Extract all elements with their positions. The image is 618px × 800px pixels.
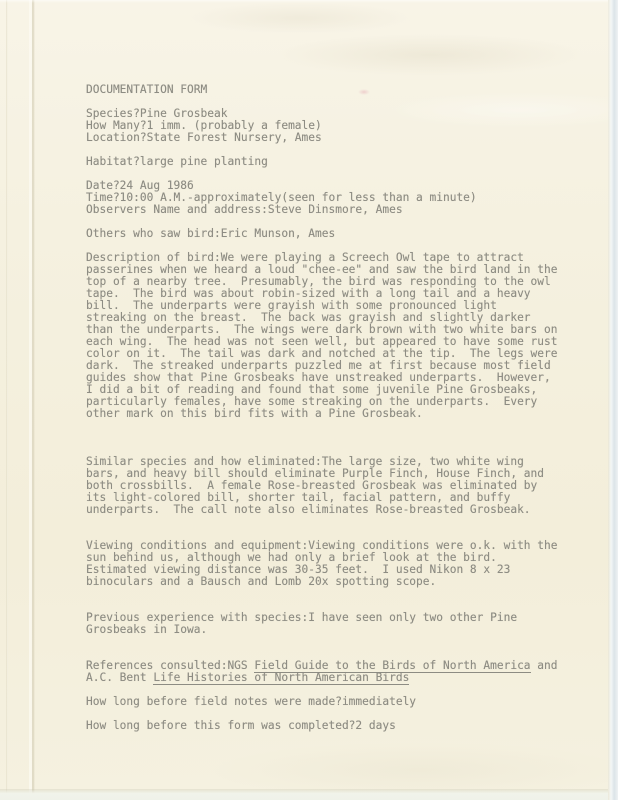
- typed-line: binoculars and a Bausch and Lomb 20x spo…: [86, 576, 558, 588]
- typed-line: Grosbeaks in Iowa.: [86, 624, 558, 636]
- typed-line: other mark on this bird fits with a Pine…: [86, 408, 558, 420]
- typed-line: Observers Name and address:Steve Dinsmor…: [86, 204, 558, 216]
- typed-line: How long before this form was completed?…: [86, 720, 558, 732]
- typed-line: A.C. Bent Life Histories of North Americ…: [86, 672, 558, 684]
- document-page: DOCUMENTATION FORM Species?Pine Grosbeak…: [0, 0, 618, 800]
- typed-line: How long before field notes were made?im…: [86, 696, 558, 708]
- scanner-edge-right: [608, 0, 618, 800]
- paper-crease-faint: [6, 0, 8, 800]
- typed-line: underparts. The call note also eliminate…: [86, 504, 558, 516]
- typed-line: [86, 432, 558, 444]
- typed-segment: A.C. Bent: [86, 671, 153, 684]
- book-title: Life Histories of North American Birds: [153, 671, 409, 685]
- typed-segment: and: [531, 659, 558, 672]
- typed-line: Others who saw bird:Eric Munson, Ames: [86, 228, 558, 240]
- typed-text: DOCUMENTATION FORM Species?Pine Grosbeak…: [86, 84, 558, 732]
- typed-line: [86, 588, 558, 600]
- paper-top-edge: [0, 0, 608, 3]
- typed-line: Habitat?large pine planting: [86, 156, 558, 168]
- typed-line: [86, 420, 558, 432]
- typed-line: DOCUMENTATION FORM: [86, 84, 558, 96]
- typed-line: [86, 516, 558, 528]
- typed-line: Location?State Forest Nursery, Ames: [86, 132, 558, 144]
- typed-line: [86, 636, 558, 648]
- scanned-document: DOCUMENTATION FORM Species?Pine Grosbeak…: [0, 0, 618, 800]
- paper-bottom-edge: [0, 789, 608, 800]
- paper-crease: [29, 0, 35, 800]
